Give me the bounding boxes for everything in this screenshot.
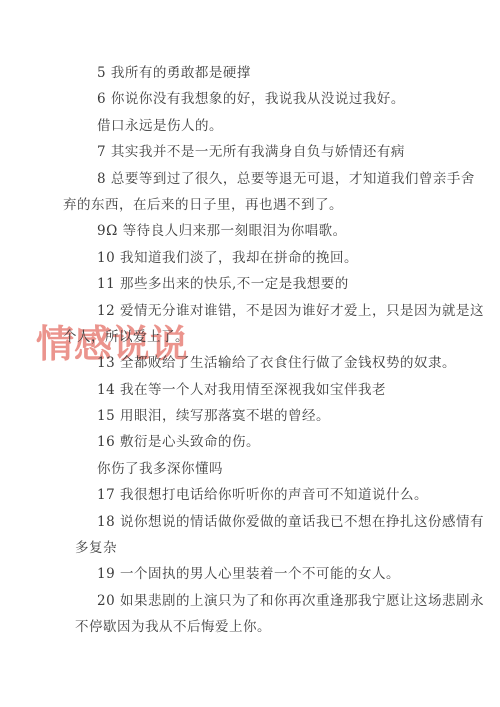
paragraph: 17 我很想打电话给你听听你的声音可不知道说什么。 bbox=[63, 482, 458, 508]
text-line: 弃的东西，在后来的日子里，再也遇不到了。 bbox=[63, 192, 458, 218]
paragraph: 16 敷衍是心头致命的伤。 bbox=[63, 429, 458, 455]
paragraph: 11 那些多出来的快乐,不一定是我想要的 bbox=[63, 271, 458, 297]
article-content: 5 我所有的勇敢都是硬撑6 你说你没有我想象的好，我说我从没说过我好。借口永远是… bbox=[63, 60, 458, 641]
text-line: 13 全都败给了生活输给了衣食住行做了金钱权势的奴隶。 bbox=[63, 350, 458, 376]
text-line: 14 我在等一个人对我用情至深视我如宝伴我老 bbox=[63, 377, 458, 403]
text-line: 16 敷衍是心头致命的伤。 bbox=[63, 429, 458, 455]
text-line: 15 用眼泪，续写那落寞不堪的曾经。 bbox=[63, 403, 458, 429]
text-line: 不停歇因为我从不后悔爱上你。 bbox=[63, 614, 458, 640]
text-line: 11 那些多出来的快乐,不一定是我想要的 bbox=[63, 271, 458, 297]
paragraph: 借口永远是伤人的。 bbox=[63, 113, 458, 139]
text-line: 6 你说你没有我想象的好，我说我从没说过我好。 bbox=[63, 86, 458, 112]
text-line: 17 我很想打电话给你听听你的声音可不知道说什么。 bbox=[63, 482, 458, 508]
paragraph: 14 我在等一个人对我用情至深视我如宝伴我老 bbox=[63, 377, 458, 403]
text-line: 9Ω 等待良人归来那一刻眼泪为你唱歌。 bbox=[63, 218, 458, 244]
text-line: 5 我所有的勇敢都是硬撑 bbox=[63, 60, 458, 86]
text-line: 18 说你想说的情话做你爱做的童话我已不想在挣扎这份感情有 bbox=[63, 509, 458, 535]
text-line: 多复杂 bbox=[63, 535, 458, 561]
text-line: 7 其实我并不是一无所有我满身自负与娇情还有病 bbox=[63, 139, 458, 165]
paragraph: 8 总要等到过了很久，总要等退无可退，才知道我们曾亲手舍弃的东西，在后来的日子里… bbox=[63, 166, 458, 219]
paragraph: 9Ω 等待良人归来那一刻眼泪为你唱歌。 bbox=[63, 218, 458, 244]
text-line: 19 一个固执的男人心里装着一个不可能的女人。 bbox=[63, 561, 458, 587]
text-line: 12 爱情无分谁对谁错，不是因为谁好才爱上，只是因为就是这 bbox=[63, 298, 458, 324]
text-line: 8 总要等到过了很久，总要等退无可退，才知道我们曾亲手舍 bbox=[63, 166, 458, 192]
paragraph: 5 我所有的勇敢都是硬撑 bbox=[63, 60, 458, 86]
document-page: 情感说说 5 我所有的勇敢都是硬撑6 你说你没有我想象的好，我说我从没说过我好。… bbox=[0, 0, 500, 707]
paragraph: 18 说你想说的情话做你爱做的童话我已不想在挣扎这份感情有多复杂 bbox=[63, 509, 458, 562]
paragraph: 10 我知道我们淡了，我却在拼命的挽回。 bbox=[63, 245, 458, 271]
text-line: 借口永远是伤人的。 bbox=[63, 113, 458, 139]
paragraph: 7 其实我并不是一无所有我满身自负与娇情还有病 bbox=[63, 139, 458, 165]
paragraph: 12 爱情无分谁对谁错，不是因为谁好才爱上，只是因为就是这个人，所以爱上了。 bbox=[63, 298, 458, 351]
text-line: 你伤了我多深你懂吗 bbox=[63, 456, 458, 482]
paragraph: 13 全都败给了生活输给了衣食住行做了金钱权势的奴隶。 bbox=[63, 350, 458, 376]
text-line: 10 我知道我们淡了，我却在拼命的挽回。 bbox=[63, 245, 458, 271]
paragraph: 你伤了我多深你懂吗 bbox=[63, 456, 458, 482]
paragraph: 19 一个固执的男人心里装着一个不可能的女人。 bbox=[63, 561, 458, 587]
paragraph: 15 用眼泪，续写那落寞不堪的曾经。 bbox=[63, 403, 458, 429]
paragraph: 20 如果悲剧的上演只为了和你再次重逢那我宁愿让这场悲剧永不停歇因为我从不后悔爱… bbox=[63, 588, 458, 641]
text-line: 个人，所以爱上了。 bbox=[63, 324, 458, 350]
paragraph: 6 你说你没有我想象的好，我说我从没说过我好。 bbox=[63, 86, 458, 112]
text-line: 20 如果悲剧的上演只为了和你再次重逢那我宁愿让这场悲剧永 bbox=[63, 588, 458, 614]
